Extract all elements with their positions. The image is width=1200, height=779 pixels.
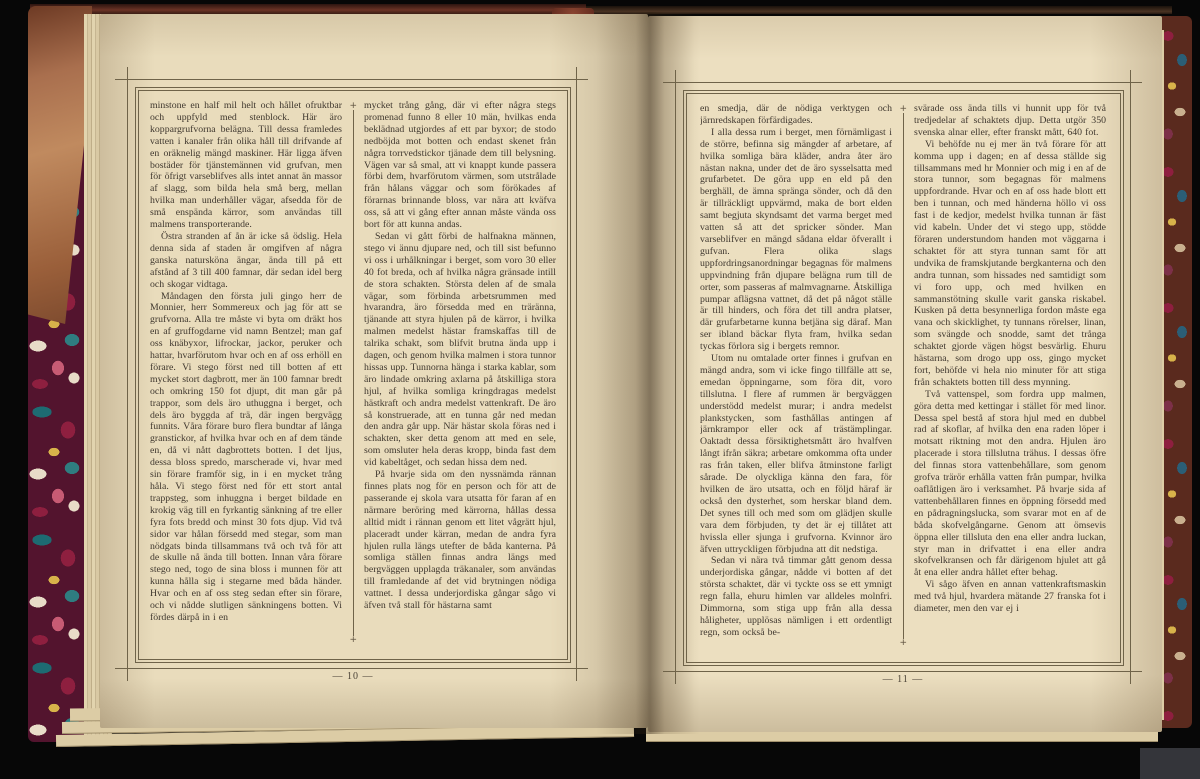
paragraph: svärade oss ända tills vi hunnit upp för… bbox=[914, 103, 1106, 139]
paragraph: I alla dessa rum i berget, men förnämlig… bbox=[700, 127, 892, 353]
column-1-left-page: minstone en half mil helt och hållet ofr… bbox=[150, 100, 342, 648]
outer-frame-bottom-right-page bbox=[663, 671, 1142, 672]
paragraph: minstone en half mil helt och hållet ofr… bbox=[150, 100, 342, 231]
column-1-right-page: en smedja, där de nödiga verktygen och j… bbox=[700, 103, 892, 651]
text-block-left-page: minstone en half mil helt och hållet ofr… bbox=[150, 100, 556, 648]
gutter-shadow bbox=[596, 12, 700, 734]
outer-frame-left-right-page bbox=[675, 70, 676, 684]
book-photo: minstone en half mil helt och hållet ofr… bbox=[0, 0, 1200, 779]
folio-right-page: — 11 — bbox=[700, 674, 1106, 685]
paragraph: Östra stranden af ån är icke så ödslig. … bbox=[150, 231, 342, 291]
paragraph: Utom nu omtalade orter finnes i grufvan … bbox=[700, 353, 892, 555]
outer-frame-right-right-page bbox=[1130, 70, 1131, 684]
column-divider-rule: + + bbox=[353, 110, 354, 636]
registration-cross-icon: + bbox=[350, 102, 358, 111]
paragraph: På hvarje sida om den nyssnämda rännan f… bbox=[364, 469, 556, 612]
paragraph: Vi behöfde nu ej mer än två förare för a… bbox=[914, 139, 1106, 389]
paragraph: Måndagen den första juli gingo herr de M… bbox=[150, 291, 342, 624]
paragraph: mycket trång gång, där vi efter några st… bbox=[364, 100, 556, 231]
registration-cross-icon: + bbox=[900, 639, 908, 648]
registration-cross-icon: + bbox=[900, 105, 908, 114]
folio-left-page: — 10 — bbox=[150, 671, 556, 682]
paragraph: Sedan vi nära två timmar gått genom dess… bbox=[700, 555, 892, 638]
outer-frame-bottom-left-page bbox=[115, 668, 588, 669]
paragraph: Sedan vi gått förbi de halfnakna männen,… bbox=[364, 231, 556, 469]
text-block-right-page: en smedja, där de nödiga verktygen och j… bbox=[700, 103, 1106, 651]
outer-frame-top-right-page bbox=[663, 82, 1142, 83]
outer-frame-top-left-page bbox=[115, 79, 588, 80]
outer-frame-left-left-page bbox=[127, 67, 128, 681]
marbled-cover-right bbox=[1160, 16, 1192, 728]
column-2-right-page: svärade oss ända tills vi hunnit upp för… bbox=[914, 103, 1106, 651]
column-divider-rule: + + bbox=[903, 113, 904, 639]
column-2-left-page: mycket trång gång, där vi efter några st… bbox=[364, 100, 556, 648]
paragraph: en smedja, där de nödiga verktygen och j… bbox=[700, 103, 892, 127]
paragraph: Två vattenspel, som fordra upp malmen, g… bbox=[914, 389, 1106, 580]
registration-cross-icon: + bbox=[350, 636, 358, 645]
paragraph: Vi sågo äfven en annan vattenkraftsmaski… bbox=[914, 579, 1106, 615]
cover-board-top-edge bbox=[30, 4, 586, 14]
outer-frame-right-left-page bbox=[576, 67, 577, 681]
backdrop-support bbox=[1140, 748, 1200, 779]
